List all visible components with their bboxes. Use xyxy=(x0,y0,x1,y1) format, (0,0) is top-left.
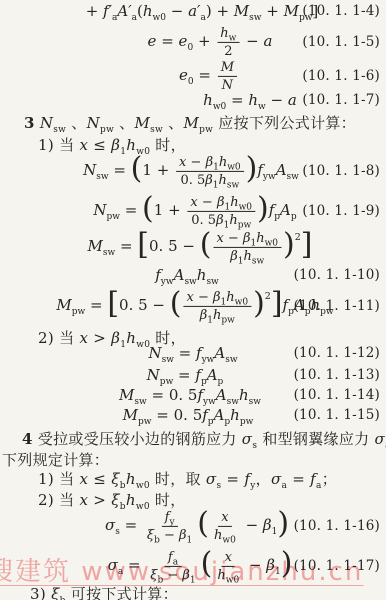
equation-number: (10. 1. 1-7) xyxy=(302,92,380,108)
equation-10-1-1-14: Msw = 0. 5fywAswhsw (10. 1. 1-14) xyxy=(0,387,386,403)
equation-10-1-1-16: σs = fyξb − β1(xhw0 − β1) (10. 1. 1-16) xyxy=(0,508,386,544)
equation-10-1-1-7: hw0 = hw − a (10. 1. 1-7) xyxy=(0,92,386,108)
equation-number: (10. 1. 1-17) xyxy=(294,558,380,574)
equation-10-1-1-10-line2: fywAswhsw (10. 1. 1-10) xyxy=(0,267,386,283)
clause-4-case-3: 3) ξb 可按下式计算： xyxy=(0,583,386,599)
equation-10-1-1-13: Npw = fpAp (10. 1. 1-13) xyxy=(0,367,386,383)
equation-number: (10. 1. 1-4) xyxy=(302,3,380,19)
equation-10-1-1-8: Nsw = (1 + x − β1hw00. 5β1hsw)fywAsw (10… xyxy=(0,153,386,189)
equation-number: (10. 1. 1-11) xyxy=(294,298,380,314)
equation-number: (10. 1. 1-16) xyxy=(294,518,380,534)
equation-10-1-1-17: σa = faξb − β1(xhw0 − β1) (10. 1. 1-17) xyxy=(0,549,386,583)
equation-number: (10. 1. 1-14) xyxy=(294,387,380,403)
clause-4-case-1: 1) 当 x ≤ ξbhw0 时，取 σs = fy，σa = fa； xyxy=(0,468,386,485)
clause-4-text-line2: 下列规定计算： xyxy=(0,449,386,465)
equation-10-1-1-12: Nsw = fywAsw (10. 1. 1-12) xyxy=(0,345,386,361)
clause-3-heading: 3 Nsw 、Npw 、Msw 、Mpw 应按下列公式计算： xyxy=(0,112,386,130)
case-1-condition: 1) 当 x ≤ β1hw0 时， xyxy=(0,134,386,151)
equation-10-1-1-11: Mpw = [0. 5 − (x − β1hw0β1hpw)2]fpAphpw … xyxy=(0,288,386,324)
equation-number: (10. 1. 1-5) xyxy=(302,34,380,50)
equation-number: (10. 1. 1-12) xyxy=(294,345,380,361)
equation-number: (10. 1. 1-9) xyxy=(302,203,380,219)
equation-number: (10. 1. 1-13) xyxy=(294,367,380,383)
equation-10-1-1-9: Npw = (1 + x − β1hw00. 5β1hpw)fpAp (10. … xyxy=(0,193,386,229)
equation-10-1-1-10-line1: Msw = [0. 5 − (x − β1hw0β1hsw)2] xyxy=(0,229,386,265)
equation-number: (10. 1. 1-8) xyxy=(302,163,380,179)
equation-number: (10. 1. 1-6) xyxy=(302,68,380,84)
clause-4-text-line1: 4 受拉或受压较小边的钢筋应力 σs 和型钢翼缘应力 σa 可按 xyxy=(0,428,386,446)
document-page: 搜建筑 www.soujianzhu.cn + f′aA′a(hw0 − a′a… xyxy=(0,0,386,600)
case-2-condition: 2) 当 x > β1hw0 时， xyxy=(0,327,386,343)
equation-10-1-1-5: e = e0 + hw2 − a (10. 1. 1-5) xyxy=(0,25,386,59)
equation-10-1-1-4-continuation: + f′aA′a(hw0 − a′a) + Msw + Mpw] (10. 1.… xyxy=(0,2,386,20)
clause-4-case-2: 2) 当 x > ξbhw0 时， xyxy=(0,489,386,506)
equation-10-1-1-15: Mpw = 0. 5fpAphpw (10. 1. 1-15) xyxy=(0,407,386,423)
equation-number: (10. 1. 1-10) xyxy=(294,267,380,283)
equation-number: (10. 1. 1-15) xyxy=(294,407,380,423)
equation-10-1-1-6: e0 = MN (10. 1. 1-6) xyxy=(0,59,386,93)
